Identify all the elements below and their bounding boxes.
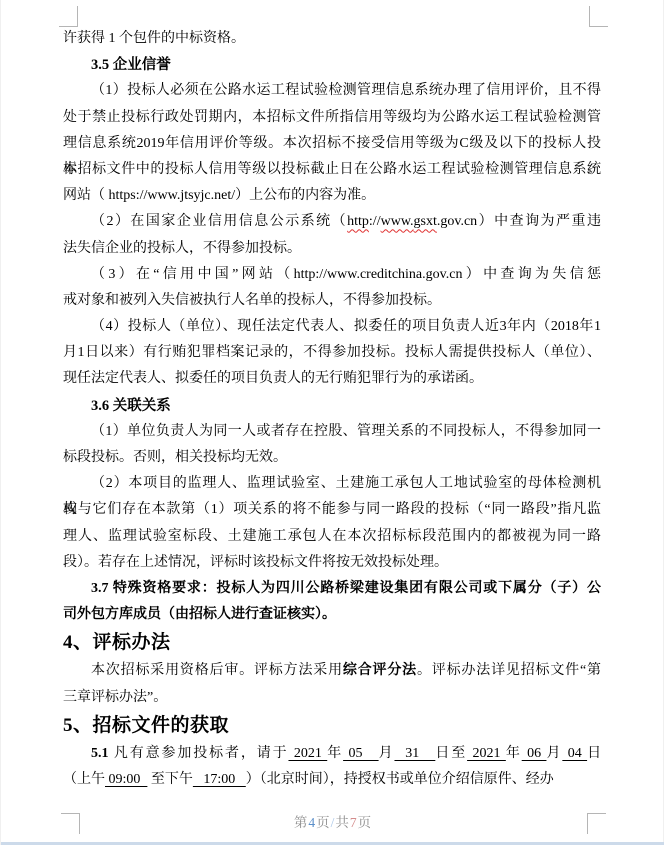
doc-line: （1）投标人必须在公路水运工程试验检测管理信息系统办理了信用评价，且不得 (63, 78, 601, 104)
doc-line: 司外包方库成员（由招标人进行查证核实）。 (63, 602, 601, 628)
heading-line: 3.5 企业信誉 (63, 52, 601, 78)
doc-line: （4）投标人（单位）、现任法定代表人、拟委任的项目负责人近3年内（2018年1 (63, 314, 601, 340)
footer-text: 第 (294, 815, 309, 830)
doc-line: 理人、监理试验室标段、土建施工承包人在本次招标标段范围内的都被视为同一路 (63, 524, 601, 550)
doc-line: 标段投标。否则，相关投标均无效。 (63, 445, 601, 471)
margin-crop-mark-top-left (59, 6, 78, 27)
doc-line: 5.1 凡有意参加投标者，请于 2021 年 05 月 31 日至 2021 年… (63, 741, 601, 767)
spellcheck-flagged-text: gsxt (414, 214, 437, 229)
doc-line: 现任法定代表人、拟委任的项目负责人的无行贿犯罪行为的承诺函。 (63, 366, 601, 392)
doc-line: 月1日以来）有行贿犯罪档案记录的，不得参加投标。投标人需提供投标人（单位）、 (63, 340, 601, 366)
doc-line: （2）本项目的监理人、监理试验室、土建施工承包人工地试验室的母体检测机构、 (63, 471, 601, 497)
doc-line: 3.7 特殊资格要求：投标人为四川公路桥梁建设集团有限公司或下属分（子）公 (63, 576, 601, 602)
heading-line: 4、评标办法 (63, 628, 601, 658)
doc-line: 本次招标采用资格后审。评标方法采用综合评分法。评标办法详见招标文件“第 (63, 658, 601, 684)
doc-line: 或与它们存在本款第（1）项关系的将不能参与同一路段的投标（“同一路段”指凡监 (63, 497, 601, 523)
doc-line: 戒对象和被列入失信被执行人名单的投标人，不得参加投标。 (63, 288, 601, 314)
doc-line: 网站（ https://www.jtsyjc.net/）上公布的内容为准。 (63, 183, 601, 209)
spellcheck-flagged-text: http (347, 214, 369, 229)
heading-line: 5、招标文件的获取 (63, 711, 601, 741)
document-content: 许获得 1 个包件的中标资格。3.5 企业信誉（1）投标人必须在公路水运工程试验… (63, 26, 601, 793)
footer-text: 页 (316, 815, 331, 830)
heading-line: 3.6 关联关系 (63, 393, 601, 419)
doc-line: 三章评标办法”。 (63, 685, 601, 711)
footer-text: 页 (358, 815, 373, 830)
footer-text: 共 (335, 815, 350, 830)
margin-crop-mark-top-right (589, 6, 608, 27)
doc-line: （上午 09:00 至下午 17:00 ）（北京时间），持授权书或单位介绍信原件… (63, 767, 601, 793)
doc-line: 理信息系统2019年信用评价等级。本次招标不接受信用等级为C级及以下的投标人投标… (63, 131, 601, 157)
doc-line: （3）在“信用中国”网站（http://www.creditchina.gov.… (63, 262, 601, 288)
doc-line: 段）。若存在上述情况，评标时该投标文件将按无效投标处理。 (63, 550, 601, 576)
doc-line: （1）单位负责人为同一人或者存在控股、管理关系的不同投标人，不得参加同一 (63, 419, 601, 445)
spellcheck-flagged-text: www. (381, 214, 414, 229)
footer-text: 7 (350, 815, 358, 830)
doc-line: 处于禁止投标行政处罚期内，本招标文件所指信用等级均为公路水运工程试验检测管 (63, 105, 601, 131)
doc-line: （2）在国家企业信用信息公示系统（http://www.gsxt.gov.cn）… (63, 209, 601, 235)
doc-line: 许获得 1 个包件的中标资格。 (63, 26, 601, 52)
doc-line: 本招标文件中的投标人信用等级以投标截止日在公路水运工程试验检测管理信息系统 (63, 157, 601, 183)
doc-line: 法失信企业的投标人，不得参加投标。 (63, 236, 601, 262)
footer-text: 4 (308, 815, 316, 830)
document-page: 许获得 1 个包件的中标资格。3.5 企业信誉（1）投标人必须在公路水运工程试验… (0, 0, 664, 845)
page-footer: 第4页/共7页 (1, 811, 664, 831)
